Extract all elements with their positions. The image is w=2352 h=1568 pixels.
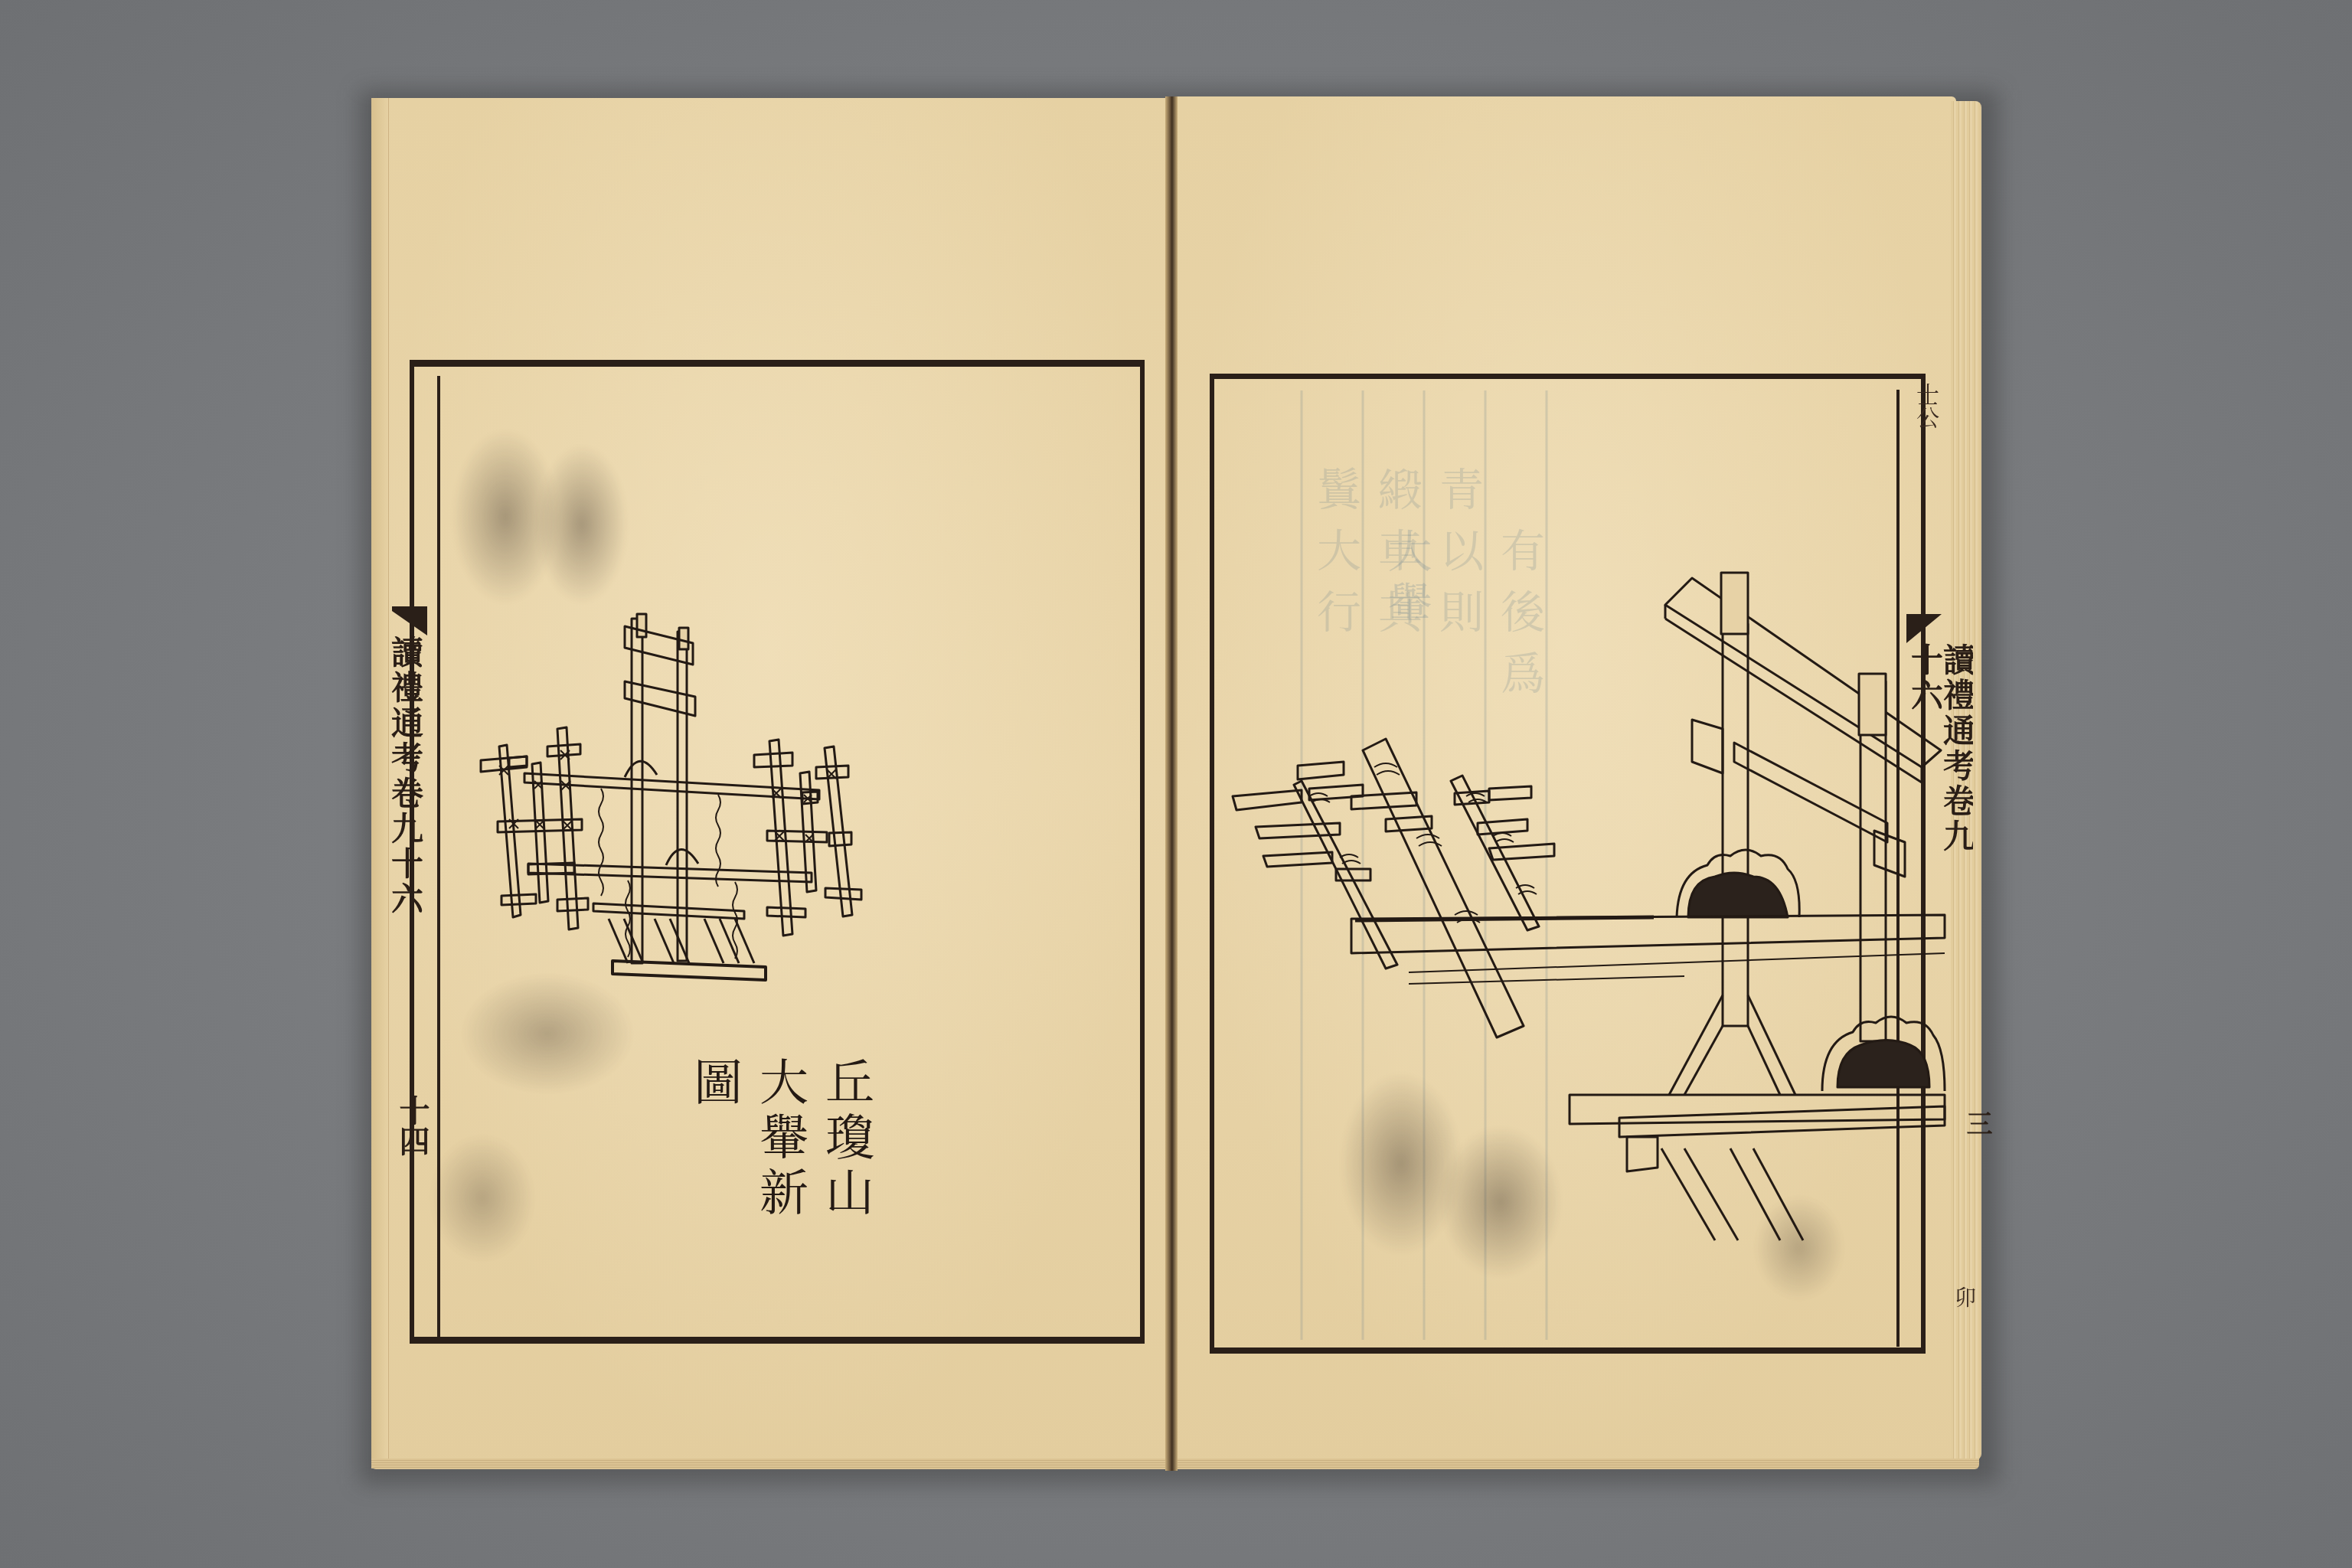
right-page-corner-mark: 士公 (1908, 383, 1942, 429)
illustration-caption: 丘瓊山 大轝新 圖 (689, 1057, 870, 1222)
left-page-number: 十四 (390, 1095, 434, 1156)
right-page-bottom-mark: 卯 (1949, 1286, 1979, 1308)
left-margin-rule (437, 376, 440, 1337)
left-carriage-illustration (475, 597, 1148, 995)
caption-column-2: 大轝新 (755, 1057, 804, 1222)
caption-column-1: 丘瓊山 (821, 1057, 870, 1222)
right-carriage-illustration (1225, 567, 1945, 1133)
caption-column-3: 圖 (689, 1057, 738, 1222)
book-gutter (1165, 96, 1178, 1471)
right-page-number: 三 (1958, 1110, 1996, 1136)
left-margin-title: 讀禮通考卷九十六 (389, 635, 421, 917)
